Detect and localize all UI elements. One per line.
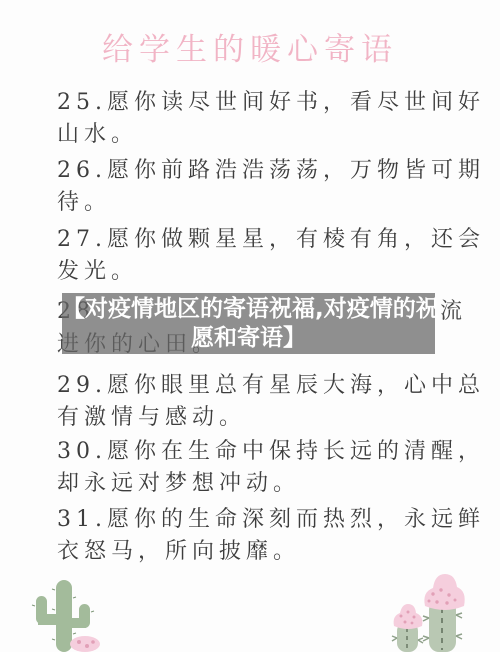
caption-line-1: 【对疫情地区的寄语祝福,对疫情的祝 xyxy=(62,294,435,325)
wish-line: 29.愿你眼里总有星辰大海，心中总 xyxy=(57,370,469,402)
saguaro-cactus-icon xyxy=(24,576,108,652)
wish-item-30: 30.愿你在生命中保持长远的清醒， 却永远对梦想冲动。 xyxy=(57,436,469,500)
wish-line: 30.愿你在生命中保持长远的清醒， xyxy=(57,436,469,468)
wish-line: 山水。 xyxy=(57,119,469,151)
wish-item-25: 25.愿你读尽世间好书，看尽世间好 山水。 xyxy=(57,87,469,151)
page-title: 给学生的暖心寄语 xyxy=(0,24,500,69)
flowering-cacti-icon xyxy=(385,560,500,652)
wish-line: 却永远对梦想冲动。 xyxy=(57,468,469,500)
wish-item-31: 31.愿你的生命深刻而热烈，永远鲜 衣怒马，所向披靡。 xyxy=(57,504,469,568)
wish-item-27: 27.愿你做颗星星，有棱有角，还会 发光。 xyxy=(57,224,469,288)
wishes-page: 给学生的暖心寄语 25.愿你读尽世间好书，看尽世间好 山水。 26.愿你前路浩浩… xyxy=(0,0,500,652)
wish-line: 27.愿你做颗星星，有棱有角，还会 xyxy=(57,224,469,256)
caption-line-2: 愿和寄语】 xyxy=(62,325,435,351)
wish-line: 31.愿你的生命深刻而热烈，永远鲜 xyxy=(57,504,469,536)
caption-overlay: 【对疫情地区的寄语祝福,对疫情的祝 愿和寄语】 xyxy=(62,293,435,354)
wish-item-26: 26.愿你前路浩浩荡荡，万物皆可期 待。 xyxy=(57,155,469,219)
wish-line: 25.愿你读尽世间好书，看尽世间好 xyxy=(57,87,469,119)
wish-line: 有激情与感动。 xyxy=(57,402,469,434)
wish-item-29: 29.愿你眼里总有星辰大海，心中总 有激情与感动。 xyxy=(57,370,469,434)
wish-line: 发光。 xyxy=(57,256,469,288)
wish-line: 26.愿你前路浩浩荡荡，万物皆可期 xyxy=(57,155,469,187)
wish-line: 待。 xyxy=(57,187,469,219)
wish-item-28-tail: 流 xyxy=(440,297,467,327)
